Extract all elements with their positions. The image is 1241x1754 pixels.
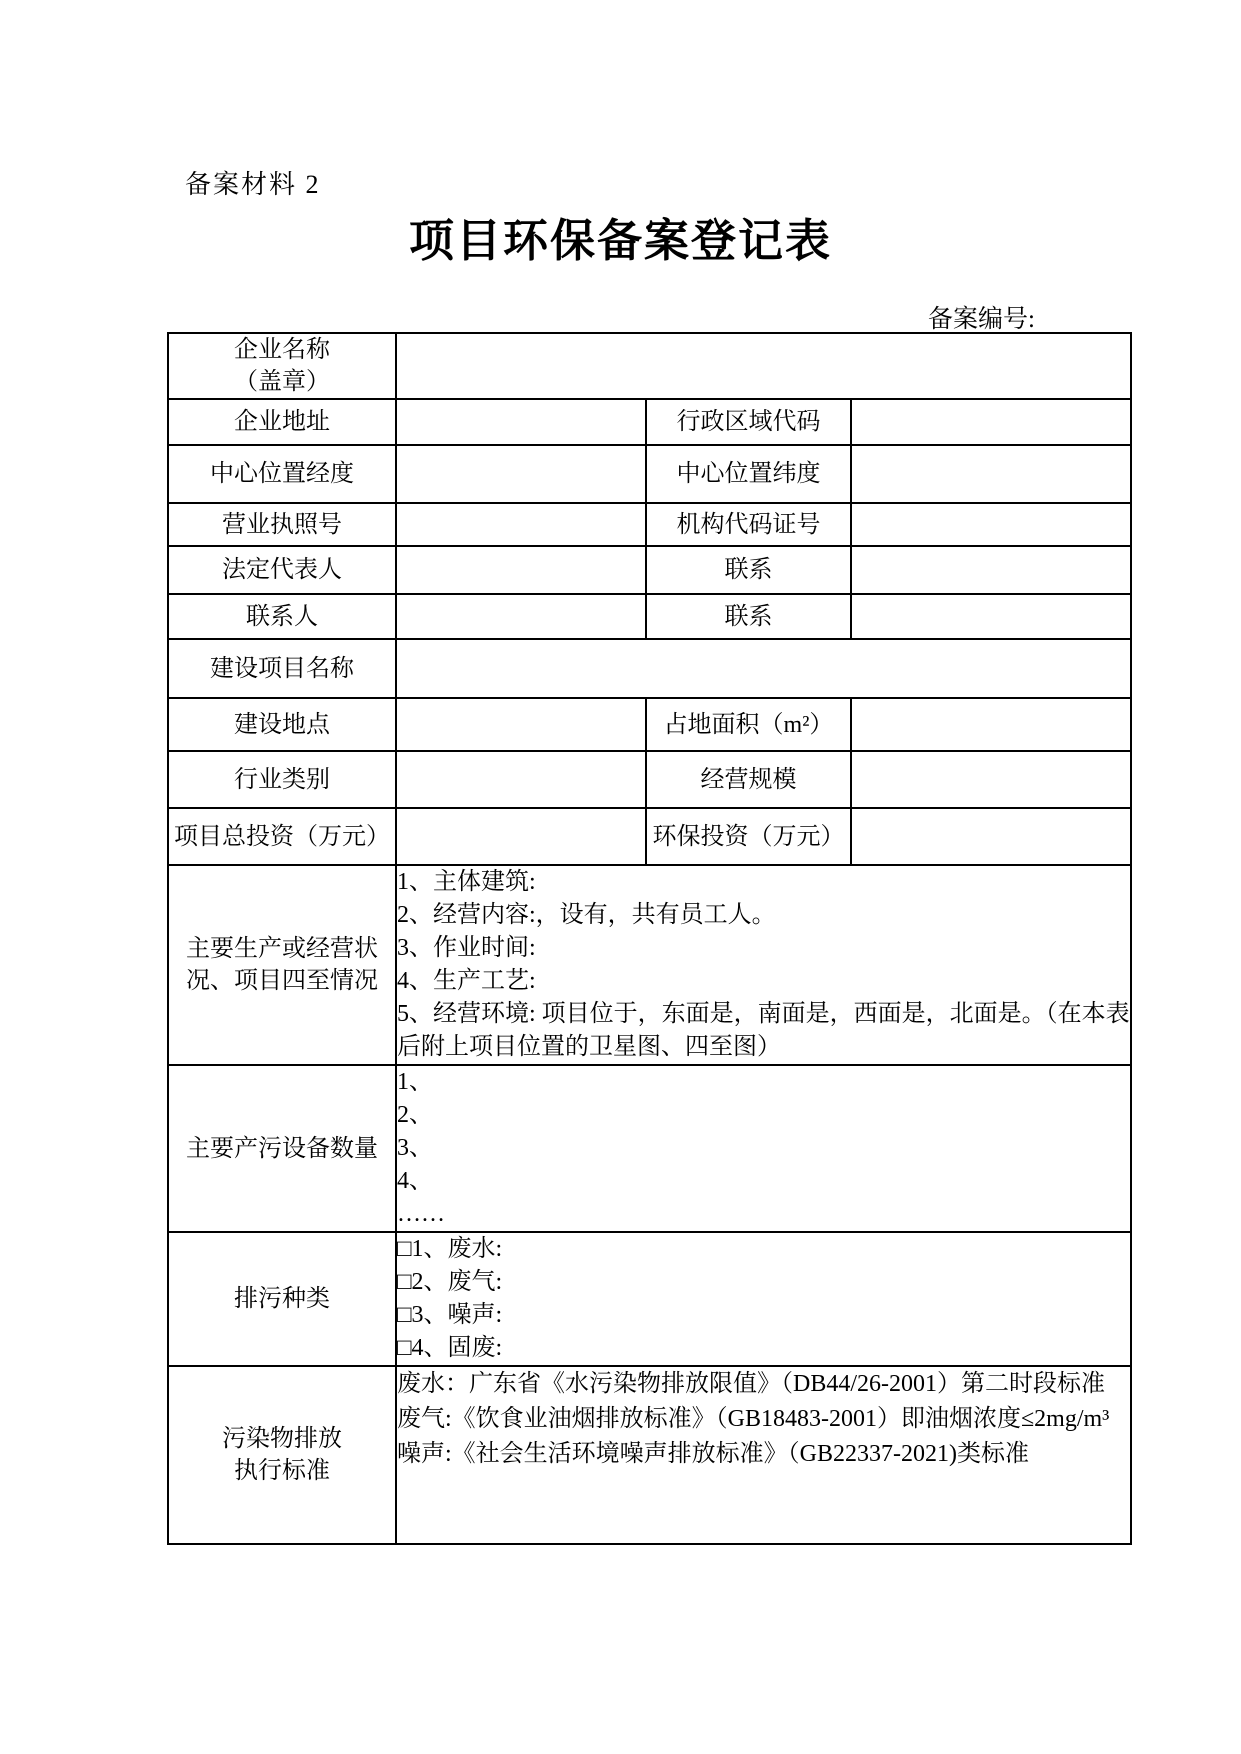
record-number-label: 备案编号: bbox=[928, 306, 1035, 333]
production-status-content[interactable]: 1、主体建筑: 2、经营内容:，设有，共有员工人。 3、作业时间: 4、生产工艺… bbox=[396, 865, 1131, 1065]
contact-input[interactable] bbox=[851, 594, 1131, 639]
checkbox-exhaust-gas[interactable]: □2、废气: bbox=[397, 1266, 1130, 1299]
business-license-label: 营业执照号 bbox=[168, 503, 396, 546]
noise-standard: 噪声:《社会生活环境噪声排放标准》（GB22337-2021)类标准 bbox=[397, 1437, 1130, 1472]
discharge-standards-label: 污染物排放 执行标准 bbox=[168, 1366, 396, 1544]
page-title: 项目环保备案登记表 bbox=[0, 204, 1241, 269]
legal-representative-input[interactable] bbox=[396, 546, 646, 594]
label-line: （盖章） bbox=[169, 366, 395, 398]
label-line: 主要生产或经营状 bbox=[169, 933, 395, 965]
label-line: 企业名称 bbox=[169, 334, 395, 366]
admin-region-code-input[interactable] bbox=[851, 399, 1131, 445]
business-environment-item: 5、经营环境: 项目位于，东面是，南面是，西面是，北面是。（在本表后附上项目位置… bbox=[397, 998, 1130, 1064]
row-contact-person: 联系人 联系 bbox=[168, 594, 1131, 639]
row-construction-site: 建设地点 占地面积（m²） bbox=[168, 698, 1131, 751]
row-center-position: 中心位置经度 中心位置纬度 bbox=[168, 445, 1131, 503]
business-content-item: 2、经营内容:，设有，共有员工人。 bbox=[397, 899, 1130, 932]
record-number: 备案编号: bbox=[928, 299, 1125, 335]
project-name-input[interactable] bbox=[396, 639, 1131, 698]
pollution-equipment-label: 主要产污设备数量 bbox=[168, 1065, 396, 1232]
pollution-equipment-content[interactable]: 1、 2、 3、 4、 …… bbox=[396, 1065, 1131, 1232]
row-discharge-types: 排污种类 □1、废水: □2、废气: □3、噪声: □4、固废: bbox=[168, 1232, 1131, 1366]
company-name-input[interactable] bbox=[396, 333, 1131, 399]
org-code-label: 机构代码证号 bbox=[646, 503, 851, 546]
legal-representative-label: 法定代表人 bbox=[168, 546, 396, 594]
construction-site-label: 建设地点 bbox=[168, 698, 396, 751]
row-project-name: 建设项目名称 bbox=[168, 639, 1131, 698]
row-legal-representative: 法定代表人 联系 bbox=[168, 546, 1131, 594]
company-address-label: 企业地址 bbox=[168, 399, 396, 445]
row-production-status: 主要生产或经营状 况、项目四至情况 1、主体建筑: 2、经营内容:，设有，共有员… bbox=[168, 865, 1131, 1065]
contact-person-label: 联系人 bbox=[168, 594, 396, 639]
equipment-item-ellipsis: …… bbox=[397, 1198, 1130, 1231]
production-process-item: 4、生产工艺: bbox=[397, 965, 1130, 998]
exhaust-gas-standard: 废气:《饮食业油烟排放标准》（GB18483-2001）即油烟浓度≤2mg/m³ bbox=[397, 1402, 1130, 1437]
center-latitude-label: 中心位置纬度 bbox=[646, 445, 851, 503]
construction-site-input[interactable] bbox=[396, 698, 646, 751]
checkbox-noise[interactable]: □3、噪声: bbox=[397, 1299, 1130, 1332]
discharge-types-content: □1、废水: □2、废气: □3、噪声: □4、固废: bbox=[396, 1232, 1131, 1366]
production-status-label: 主要生产或经营状 况、项目四至情况 bbox=[168, 865, 396, 1065]
row-discharge-standards: 污染物排放 执行标准 废水：广东省《水污染物排放限值》（DB44/26-2001… bbox=[168, 1366, 1131, 1544]
legal-contact-label: 联系 bbox=[646, 546, 851, 594]
doc-label: 备案材料 2 bbox=[185, 164, 321, 201]
row-license-codes: 营业执照号 机构代码证号 bbox=[168, 503, 1131, 546]
business-license-input[interactable] bbox=[396, 503, 646, 546]
company-name-label: 企业名称 （盖章） bbox=[168, 333, 396, 399]
env-investment-input[interactable] bbox=[851, 808, 1131, 865]
label-line: 执行标准 bbox=[169, 1455, 395, 1487]
discharge-types-label: 排污种类 bbox=[168, 1232, 396, 1366]
equipment-item: 4、 bbox=[397, 1165, 1130, 1198]
row-pollution-equipment: 主要产污设备数量 1、 2、 3、 4、 …… bbox=[168, 1065, 1131, 1232]
equipment-item: 1、 bbox=[397, 1066, 1130, 1099]
industry-category-label: 行业类别 bbox=[168, 751, 396, 808]
legal-contact-input[interactable] bbox=[851, 546, 1131, 594]
land-area-label: 占地面积（m²） bbox=[646, 698, 851, 751]
company-address-input[interactable] bbox=[396, 399, 646, 445]
land-area-input[interactable] bbox=[851, 698, 1131, 751]
row-company-name: 企业名称 （盖章） bbox=[168, 333, 1131, 399]
equipment-item: 3、 bbox=[397, 1132, 1130, 1165]
wastewater-standard: 废水：广东省《水污染物排放限值》（DB44/26-2001）第二时段标准 bbox=[397, 1367, 1130, 1402]
project-name-label: 建设项目名称 bbox=[168, 639, 396, 698]
center-longitude-label: 中心位置经度 bbox=[168, 445, 396, 503]
org-code-input[interactable] bbox=[851, 503, 1131, 546]
business-scale-input[interactable] bbox=[851, 751, 1131, 808]
total-investment-input[interactable] bbox=[396, 808, 646, 865]
row-company-address: 企业地址 行政区域代码 bbox=[168, 399, 1131, 445]
main-building-item: 1、主体建筑: bbox=[397, 866, 1130, 899]
center-latitude-input[interactable] bbox=[851, 445, 1131, 503]
contact-person-input[interactable] bbox=[396, 594, 646, 639]
industry-category-input[interactable] bbox=[396, 751, 646, 808]
total-investment-label: 项目总投资（万元） bbox=[168, 808, 396, 865]
checkbox-solid-waste[interactable]: □4、固废: bbox=[397, 1332, 1130, 1365]
env-investment-label: 环保投资（万元） bbox=[646, 808, 851, 865]
working-hours-item: 3、作业时间: bbox=[397, 932, 1130, 965]
label-line: 况、项目四至情况 bbox=[169, 965, 395, 997]
row-industry-category: 行业类别 经营规模 bbox=[168, 751, 1131, 808]
center-longitude-input[interactable] bbox=[396, 445, 646, 503]
equipment-item: 2、 bbox=[397, 1099, 1130, 1132]
registration-form-table: 企业名称 （盖章） 企业地址 行政区域代码 中心位置经度 中心位置纬度 营业执照… bbox=[167, 332, 1132, 1545]
business-scale-label: 经营规模 bbox=[646, 751, 851, 808]
discharge-standards-content: 废水：广东省《水污染物排放限值》（DB44/26-2001）第二时段标准 废气:… bbox=[396, 1366, 1131, 1544]
admin-region-code-label: 行政区域代码 bbox=[646, 399, 851, 445]
contact-label: 联系 bbox=[646, 594, 851, 639]
checkbox-wastewater[interactable]: □1、废水: bbox=[397, 1233, 1130, 1266]
label-line: 污染物排放 bbox=[169, 1423, 395, 1455]
row-investment: 项目总投资（万元） 环保投资（万元） bbox=[168, 808, 1131, 865]
